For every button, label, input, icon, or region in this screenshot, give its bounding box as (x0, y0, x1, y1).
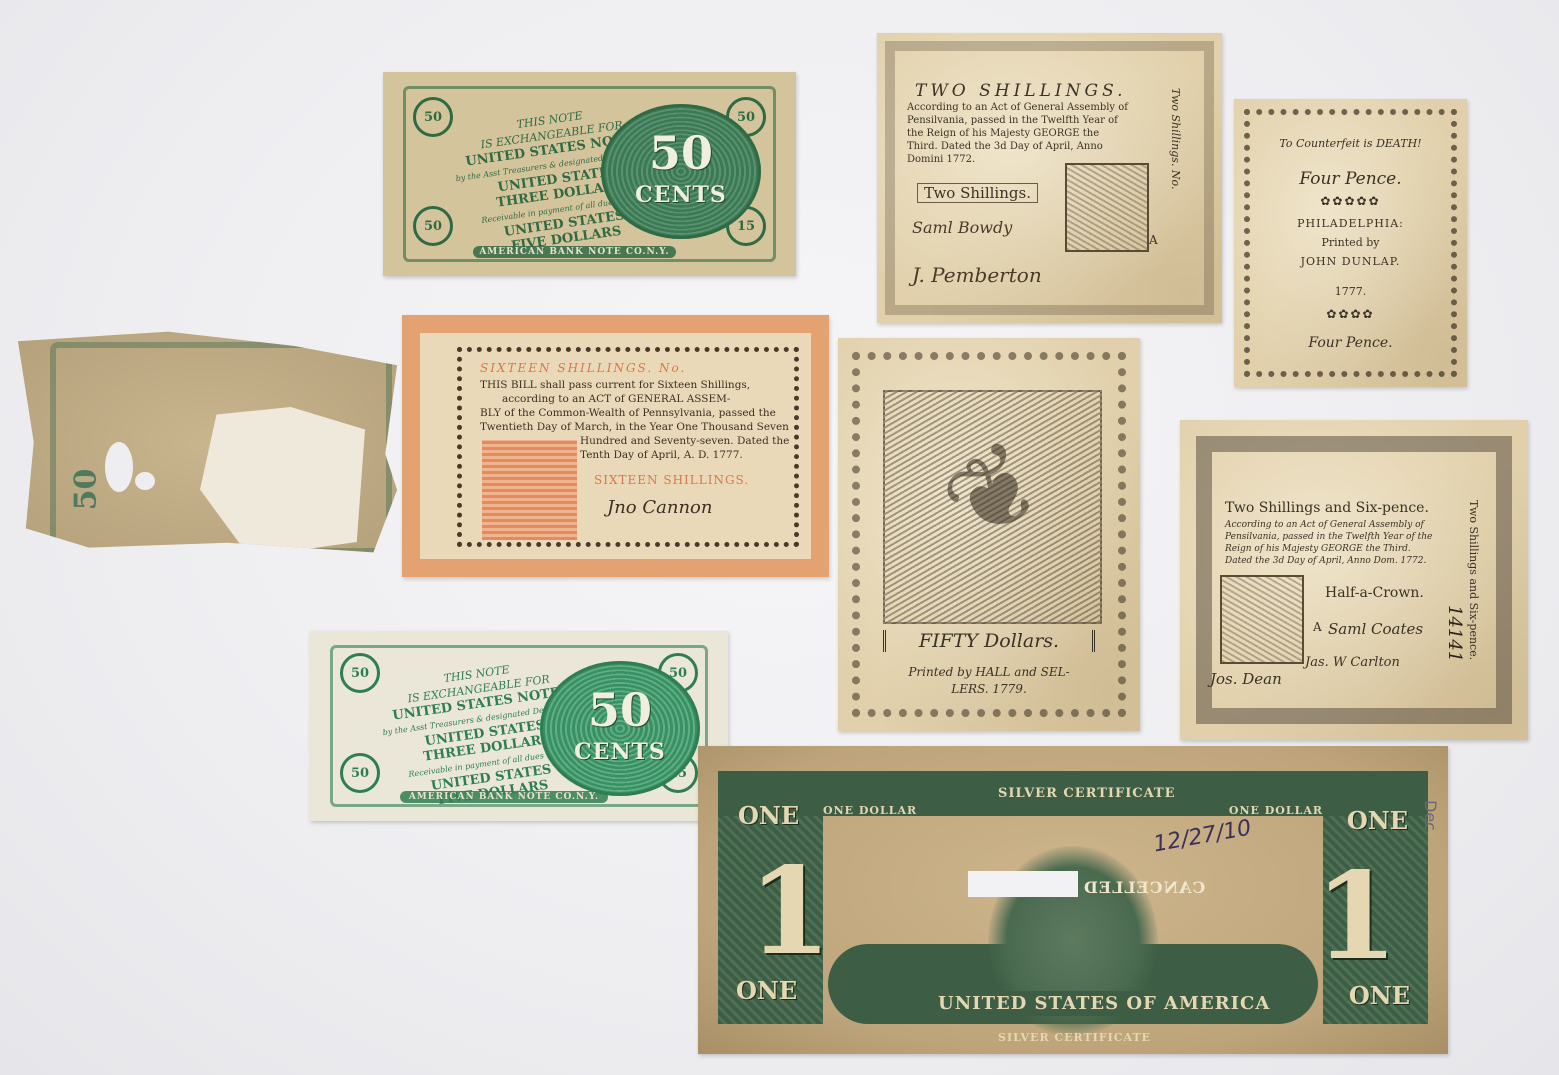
signature: J. Pemberton (912, 263, 1042, 287)
note-body: According to an Act of General Assembly … (1225, 519, 1432, 567)
note-title: TWO SHILLINGS. (915, 81, 1127, 101)
fractional-note-top: 50 50 50 15 THIS NOTE IS EXCHANGEABLE FO… (383, 72, 796, 276)
signature: Saml Bowdy (912, 218, 1012, 237)
top-label: ONE DOLLAR (1229, 804, 1323, 817)
signature: Saml Coates (1328, 620, 1423, 638)
printer: Printed by HALL and SEL- (838, 665, 1140, 679)
country-name: UNITED STATES OF AMERICA (928, 991, 1280, 1016)
side-text: Two Shillings. No. (1169, 88, 1182, 190)
denomination-word: ONE (1347, 806, 1408, 835)
amount: Four Pence. (1234, 335, 1467, 351)
handwritten-date: 12/27/10 (1152, 816, 1254, 858)
printer-year: LERS. 1779. (838, 682, 1140, 696)
denomination: 50 (540, 683, 700, 737)
note-body: According to an Act of General Assembly … (907, 101, 1128, 166)
ornament-row: ✿✿✿✿✿ (1234, 194, 1467, 208)
amount-box: Half-a-Crown. (1325, 585, 1424, 601)
line: Dated the 3d Day of April, Anno Dom. 177… (1225, 555, 1432, 567)
amount: SIXTEEN SHILLINGS. (594, 473, 749, 487)
line: According to an Act of General Assembly … (1225, 519, 1432, 531)
unit: CENTS (540, 739, 700, 765)
seal-woodcut (1065, 163, 1149, 252)
denomination-oval: 50 CENTS (601, 104, 761, 239)
signature: Jno Cannon (607, 497, 713, 518)
margin-writing: Dec (1421, 800, 1440, 831)
serial-number: 14141 (1444, 605, 1465, 662)
amount: Four Pence. (1234, 169, 1467, 189)
line: Twentieth Day of March, in the Year One … (480, 420, 789, 434)
denomination-word: ONE (738, 801, 799, 830)
city: PHILADELPHIA: (1234, 217, 1467, 230)
torn-fractional-note: 50 (10, 322, 405, 562)
imprint: AMERICAN BANK NOTE CO.N.Y. (473, 246, 676, 258)
side-text: Two Shillings and Six-pence. (1467, 500, 1480, 660)
signature: Jas. W Carlton (1305, 655, 1400, 670)
top-title: SILVER CERTIFICATE (998, 786, 1176, 801)
line: the Reign of his Majesty GEORGE the (907, 127, 1128, 140)
plate-letter: A (1149, 233, 1158, 247)
fractional-note-bottom: 50 50 50 15 THIS NOTE IS EXCHANGEABLE FO… (310, 631, 728, 821)
two-shillings-note: TWO SHILLINGS. According to an Act of Ge… (877, 33, 1222, 323)
amount: FIFTY Dollars. (883, 630, 1095, 652)
printed-by: Printed by (1234, 236, 1467, 249)
note-title: Two Shillings and Six-pence. (1225, 500, 1429, 516)
hole (135, 472, 155, 490)
line: Pensilvania, passed in the Twelfth Year … (907, 114, 1128, 127)
silver-certificate-note: ONE ONE ONE ONE 1 1 ONE DOLLAR SILVER CE… (698, 746, 1448, 1054)
line: according to an ACT of GENERAL ASSEM- (480, 392, 789, 406)
fifty-dollars-note: ❦ FIFTY Dollars. Printed by HALL and SEL… (838, 338, 1140, 731)
hole (105, 442, 133, 492)
denomination: 50 (601, 126, 761, 180)
warning-text: To Counterfeit is DEATH! (1234, 137, 1467, 150)
denomination-numeral: 1 (748, 841, 832, 982)
top-label: ONE DOLLAR (823, 804, 917, 817)
line: BLY of the Common-Wealth of Pennsylvania… (480, 406, 789, 420)
unit: CENTS (601, 182, 761, 208)
line: According to an Act of General Assembly … (907, 101, 1128, 114)
note-header: SIXTEEN SHILLINGS. No. (480, 361, 686, 375)
printer: JOHN DUNLAP. (1234, 255, 1467, 268)
line: Third. Dated the 3d Day of April, Anno (907, 140, 1128, 153)
plate-letter: A (1313, 620, 1322, 634)
line: Reign of his Majesty GEORGE the Third. (1225, 543, 1432, 555)
ornament-row: ✿✿✿✿ (1234, 307, 1467, 321)
amount-box: Two Shillings. (917, 183, 1038, 203)
four-pence-note: To Counterfeit is DEATH! Four Pence. ✿✿✿… (1234, 99, 1467, 387)
signature: Jos. Dean (1210, 670, 1282, 688)
crown-woodcut (1220, 575, 1304, 664)
line: THIS BILL shall pass current for Sixteen… (480, 378, 789, 392)
perforated-text: CANCELLED (1083, 878, 1205, 897)
sixteen-shillings-note: SIXTEEN SHILLINGS. No. THIS BILL shall p… (402, 315, 829, 577)
bottom-title: SILVER CERTIFICATE (998, 1031, 1151, 1044)
orange-emblem (482, 440, 577, 540)
denomination-numeral: 1 (1315, 846, 1399, 987)
line: Pensilvania, passed in the Twelfth Year … (1225, 531, 1432, 543)
denomination-oval: 50 CENTS (540, 661, 700, 796)
year: 1777. (1234, 285, 1467, 298)
half-a-crown-note: Two Shillings and Six-pence. According t… (1180, 420, 1528, 740)
cancel-perforation (968, 871, 1078, 897)
imprint: AMERICAN BANK NOTE CO.N.Y. (400, 791, 608, 803)
